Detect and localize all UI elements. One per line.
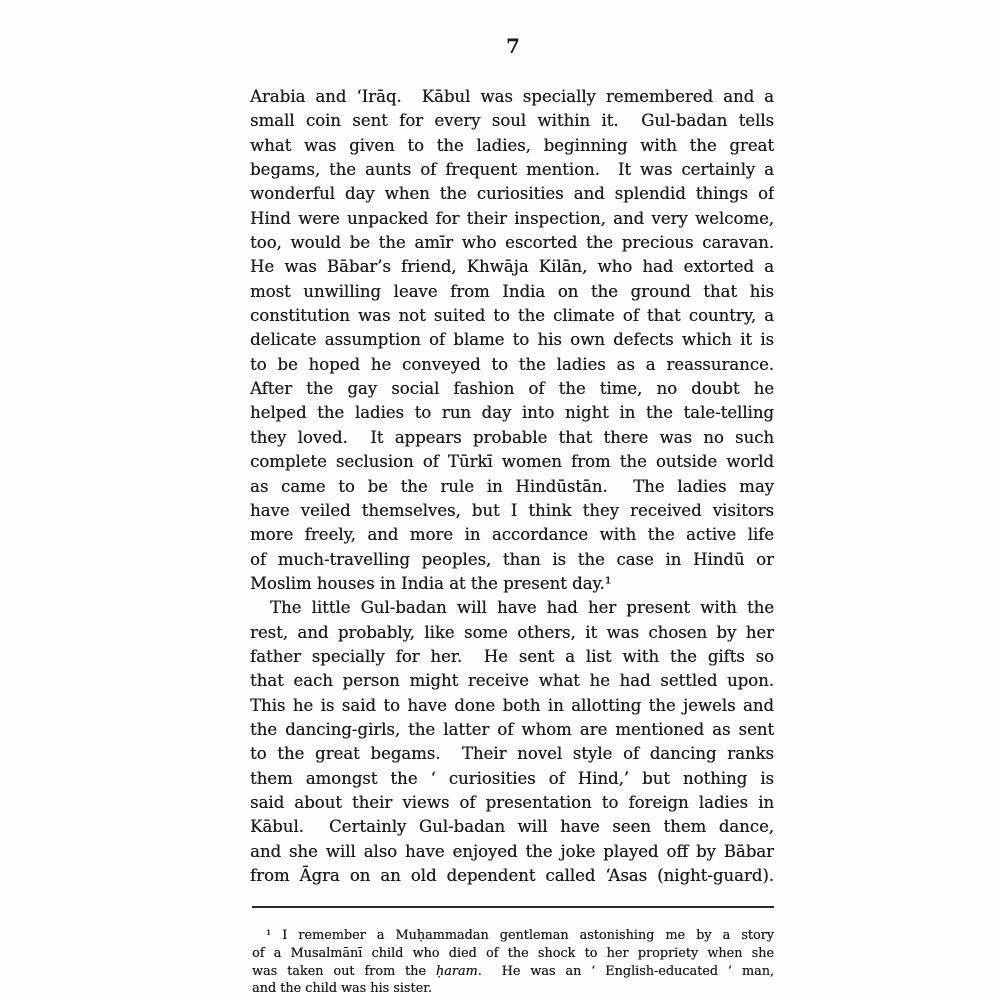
text-line: begams, the aunts of frequent mention. I…	[250, 158, 774, 182]
text-line: too, would be the amīr who escorted the …	[250, 231, 774, 255]
text-line: of much-travelling peoples, than is the …	[250, 548, 774, 572]
text-line: After the gay social fashion of the time…	[250, 377, 774, 401]
text-line: delicate assumption of blame to his own …	[250, 328, 774, 352]
text-line: what was given to the ladies, beginning …	[250, 134, 774, 158]
text-line: Arabia and ʻIrāq. Kābul was specially re…	[250, 85, 774, 109]
book-page: 7 Arabia and ʻIrāq. Kābul was specially …	[0, 0, 1000, 1000]
text-line: more freely, and more in accordance with…	[250, 523, 774, 547]
text-line: said about their views of presentation t…	[250, 791, 774, 815]
text-line: that each person might receive what he h…	[250, 669, 774, 693]
footnote-italic-term: ḥaram.	[436, 964, 482, 979]
text-line: most unwilling leave from India on the g…	[250, 280, 774, 304]
text-line: Moslim houses in India at the present da…	[250, 572, 774, 596]
text-line: This he is said to have done both in all…	[250, 694, 774, 718]
text-line: as came to be the rule in Hindūstān. The…	[250, 475, 774, 499]
paragraph-1: Arabia and ʻIrāq. Kābul was specially re…	[250, 85, 774, 596]
text-line: complete seclusion of Tūrkī women from t…	[250, 450, 774, 474]
footnote-line: ¹ I remember a Muḥammadan gentleman asto…	[252, 927, 774, 945]
text-line: and she will also have enjoyed the joke …	[250, 840, 774, 864]
text-line: constitution was not suited to the clima…	[250, 304, 774, 328]
footnote-line: and the child was his sister.	[252, 980, 774, 998]
text-line: from Āgra on an old dependent called ʻAs…	[250, 864, 774, 888]
footnote: ¹ I remember a Muḥammadan gentleman asto…	[252, 927, 774, 998]
text-line: The little Gul-badan will have had her p…	[250, 596, 774, 620]
footnote-text: He was an ‘ English-educated ’ man,	[482, 964, 774, 979]
text-line: to be hoped he conveyed to the ladies as…	[250, 353, 774, 377]
text-line: small coin sent for every soul within it…	[250, 109, 774, 133]
body-text: Arabia and ʻIrāq. Kābul was specially re…	[250, 85, 774, 888]
text-line: Kābul. Certainly Gul-badan will have see…	[250, 815, 774, 839]
text-line: them amongst the ‘ curiosities of Hind,’…	[250, 767, 774, 791]
text-line: Hind were unpacked for their inspection,…	[250, 207, 774, 231]
footnote-line: was taken out from the ḥaram. He was an …	[252, 963, 774, 981]
text-line: father specially for her. He sent a list…	[250, 645, 774, 669]
footnote-line: of a Musalmānī child who died of the sho…	[252, 945, 774, 963]
footnote-text: was taken out from the	[252, 964, 436, 979]
footnote-divider	[252, 906, 774, 908]
text-line: wonderful day when the curiosities and s…	[250, 182, 774, 206]
text-line: helped the ladies to run day into night …	[250, 401, 774, 425]
text-line: He was Bābar’s friend, Khwāja Kilān, who…	[250, 255, 774, 279]
text-line: have veiled themselves, but I think they…	[250, 499, 774, 523]
page-number: 7	[252, 34, 774, 58]
text-line: they loved. It appears probable that the…	[250, 426, 774, 450]
text-line: rest, and probably, like some others, it…	[250, 621, 774, 645]
text-line: to the great begams. Their novel style o…	[250, 742, 774, 766]
text-line: the dancing-girls, the latter of whom ar…	[250, 718, 774, 742]
paragraph-2: The little Gul-badan will have had her p…	[250, 596, 774, 888]
